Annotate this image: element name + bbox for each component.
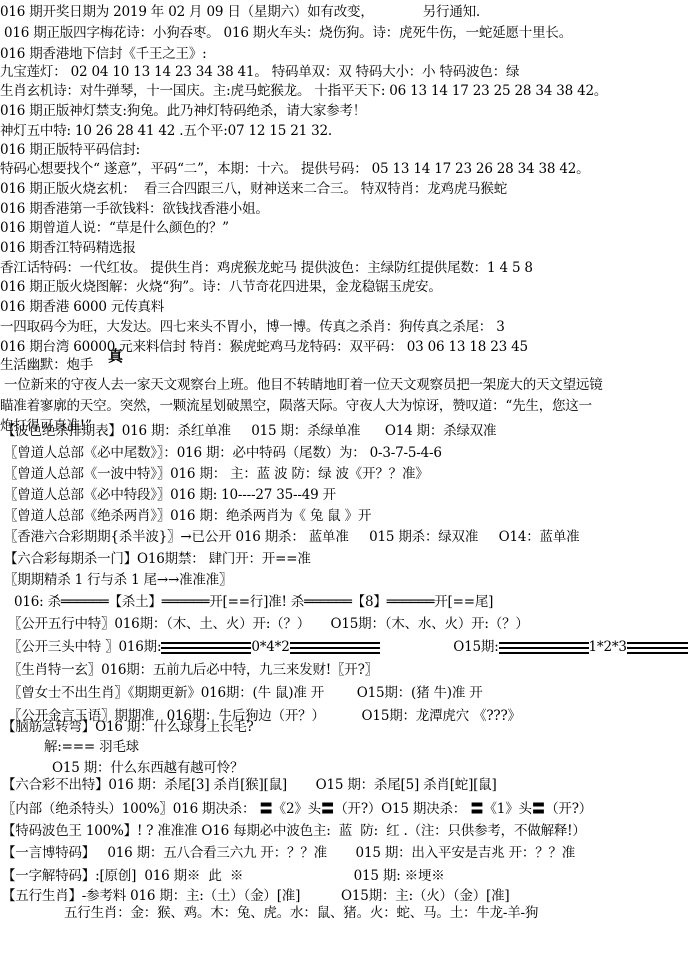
text-line: 016 期正版火烧图解：火烧“狗”。诗：八节奇花四进果，金龙稳锯玉虎安。 — [0, 277, 442, 297]
text-line: 【一字解特码】:[原创] 016 期※ 此 ※ 015 期: ※埂※ — [2, 866, 445, 886]
text-line: 九宝莲灯： 02 04 10 13 14 23 34 38 41。 特码单双：双… — [0, 62, 519, 82]
text-line: 〖曾道人总部《绝杀两肖》〗016 期：绝杀两肖为《 兔 鼠 》开 — [4, 506, 371, 526]
text-line: 〖曾女士不出生肖〗《期期更新》016期：(牛 鼠)准 开 O15期：(猪 牛)准… — [8, 683, 483, 703]
text-line: 016 期香港地下信封《千王之王》: — [0, 44, 207, 64]
bar-block — [161, 639, 251, 655]
text-line: 016: 杀══════【杀土】══════开[==行]准! 杀══════【8… — [14, 592, 493, 612]
text-line: 〖公开五行中特〗016期：（木、土、火）开:（？） O15期：（木、水、火）开:… — [8, 614, 529, 634]
five-elements-zodiac-line: 五行生肖：金：猴、鸡。木：兔、虎。水：鼠、猪。火：蛇、马。土：牛龙-羊-狗 — [64, 903, 538, 923]
text-line: 〖香港六合彩期期{杀半波}〗→已公开 016 期杀： 蓝单准 015 期杀：绿双… — [4, 527, 579, 547]
text-line: 解:=== 羽毛球 — [44, 737, 139, 757]
text-line: 香江话特码：一代红妆。 提供生肖：鸡虎猴龙蛇马 提供波色：主绿防红提供尾数：1 … — [0, 258, 533, 278]
text-line: 016 期正版特平码信封: — [0, 140, 140, 160]
text-line: 一四取码今为旺，大发达。四七来头不胃小，博一博。传真之杀肖：狗传真之杀尾： 3 — [0, 317, 505, 337]
text-line: 生肖玄机诗：对牛弹琴，十一国庆。主:虎马蛇猴龙。 十指平天下: 06 13 14… — [0, 81, 607, 101]
text-line: 〖内部（绝杀特头）100%〗016 期决杀： 〓《2》头〓（开?）O15 期决杀… — [2, 799, 592, 819]
text-line: 【波色绝杀排期表】016 期：杀红单准 015 期：杀绿单准 O14 期：杀绿双… — [2, 421, 496, 441]
text-line: 神灯五中特: 10 26 28 41 42 .五个平:07 12 15 21 3… — [0, 121, 332, 141]
text-line: 〖曾道人总部《必中尾数》〗：016 期：必中特码（尾数）为： 0-3-7-5-4… — [4, 443, 442, 463]
text-line: 016 期曾道人说：“草是什么颜色的？” — [0, 218, 229, 238]
text-line: 一位新来的守夜人去一家天文观察台上班。他目不转睛地盯着一位天文观察员把一架庞大的… — [4, 375, 603, 395]
text-line: 【六合彩每期杀一门】O16期禁： 肆门开：开==准 — [4, 549, 311, 569]
text-line: 016 期正版四字梅花诗：小狗吞枣。 016 期火车头：烧伤狗。诗：虎死牛伤，一… — [4, 23, 572, 43]
text-line: 016 期正版火烧玄机： 看三合四跟三八，财神送来二合三。 特双特肖：龙鸡虎马猴… — [0, 179, 507, 199]
bar-block — [290, 639, 380, 655]
text-line: 特码心想要找个“ 遂意”，平码“二”，本期：十六。 提供号码： 05 13 14… — [0, 159, 589, 179]
stray-character: 真 — [108, 345, 123, 366]
text-line: 瞄准着寥廓的天空。突然，一颗流星划破黑空，陨落天际。守夜人大为惊讶，赞叹道：“先… — [0, 396, 592, 416]
bar-block — [499, 639, 589, 655]
bar-block — [627, 639, 688, 655]
text-line: 【脑筋急转弯】O16 期：什么球身上长毛? — [2, 717, 254, 737]
text-line: 【六合彩不出特】016 期：杀尾[3] 杀肖[猴][鼠] O15 期：杀尾[5]… — [2, 775, 497, 795]
text-line: 〖曾道人总部《必中特段》〗016 期: 10----27 35--49 开 — [4, 485, 336, 505]
three-heads-line: 〖公开三头中特 〗016期:0*4*2 O15期:1*2*3 — [8, 637, 688, 657]
text-line: 016 期香港 6000 元传真料 — [0, 297, 164, 317]
text-line: 〖期期精杀 1 行与杀 1 尾→→准准准〗 — [4, 570, 232, 590]
text-line: 016 期正版神灯禁支:狗兔。此乃神灯特码绝杀，请大家参考！ — [0, 101, 366, 121]
text-line: 生活幽默：炮手 — [0, 355, 93, 375]
text-line: 016 期台湾 60000 元来料信封 特肖：猴虎蛇鸡马龙特码：双平码： 03 … — [0, 337, 528, 357]
text-line: 〖生肖特一玄〗016期：五前九后必中特，九三来发财!〖开?〗 — [8, 660, 378, 680]
text-line: 〖曾道人总部《一波中特》〗016 期： 主：蓝 波 防：绿 波《开？？准》 — [4, 464, 429, 484]
text-line: 【特码波色王 100%】! ? 准准准 O16 每期必中波色主: 蓝 防: 红 … — [2, 821, 586, 841]
text-line: 016 期香港第一手欲钱料：欲钱找香港小姐。 — [0, 199, 269, 219]
text-line: 016 期香江特码精选报 — [0, 238, 136, 258]
text-line: 016 期开奖日期为 2019 年 02 月 09 日（星期六）如有改变， 另行… — [0, 2, 480, 22]
text-line: 【一言博特码】 016 期：五八合看三六九 开：？？准 015 期：出入平安是吉… — [2, 843, 575, 863]
